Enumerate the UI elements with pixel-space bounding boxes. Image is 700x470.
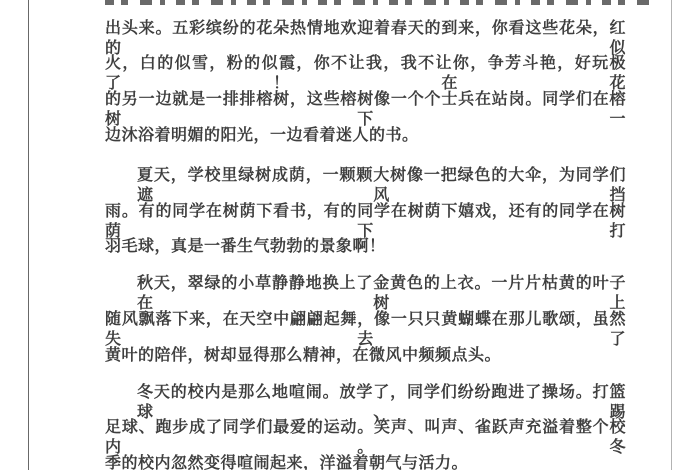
essay-line: 黄叶的陪伴，树却显得那么精神，在微风中频频点头。 xyxy=(105,345,626,365)
essay-line: 夏天，学校里绿树成荫，一颗颗大树像一把绿色的大伞，为同学们遮风挡 xyxy=(105,165,626,205)
essay-line: 出头来。五彩缤纷的花朵热情地欢迎着春天的到来，你看这些花朵，红的似 xyxy=(105,18,626,58)
essay-line: 羽毛球，真是一番生气勃勃的景象啊！ xyxy=(105,236,626,256)
essay-line: 冬天的校内是那么地喧闹。放学了，同学们纷纷跑进了操场。打篮球、踢 xyxy=(105,382,626,422)
page-border-left xyxy=(28,0,29,470)
essay-line: 火，白的似雪，粉的似霞，你不让我，我不让你，争芳斗艳，好玩极了！在花 xyxy=(105,53,626,93)
essay-line: 的另一边就是一排排榕树，这些榕树像一个个士兵在站岗。同学们在榕树下一 xyxy=(105,89,626,129)
essay-line: 雨。有的同学在树荫下看书，有的同学在树荫下嬉戏，还有的同学在树荫下打 xyxy=(105,201,626,241)
essay-line: 秋天，翠绿的小草静静地换上了金黄色的上衣。一片片枯黄的叶子在树上 xyxy=(105,273,626,313)
essay-line: 足球、跑步成了同学们最爱的运动。笑声、叫声、雀跃声充溢着整个校内。冬 xyxy=(105,417,626,457)
page-border-right xyxy=(671,0,672,470)
essay-line: 随风飘落下来，在天空中翩翩起舞，像一只只黄蝴蝶在那儿歌颂，虽然失去了 xyxy=(105,309,626,349)
essay-body: 出头来。五彩缤纷的花朵热情地欢迎着春天的到来，你看这些花朵，红的似火，白的似雪，… xyxy=(105,0,626,470)
essay-line: 边沐浴着明媚的阳光，一边看着迷人的书。 xyxy=(105,125,626,145)
essay-line: 季的校内忽然变得喧闹起来，洋溢着朝气与活力。 xyxy=(105,453,626,470)
